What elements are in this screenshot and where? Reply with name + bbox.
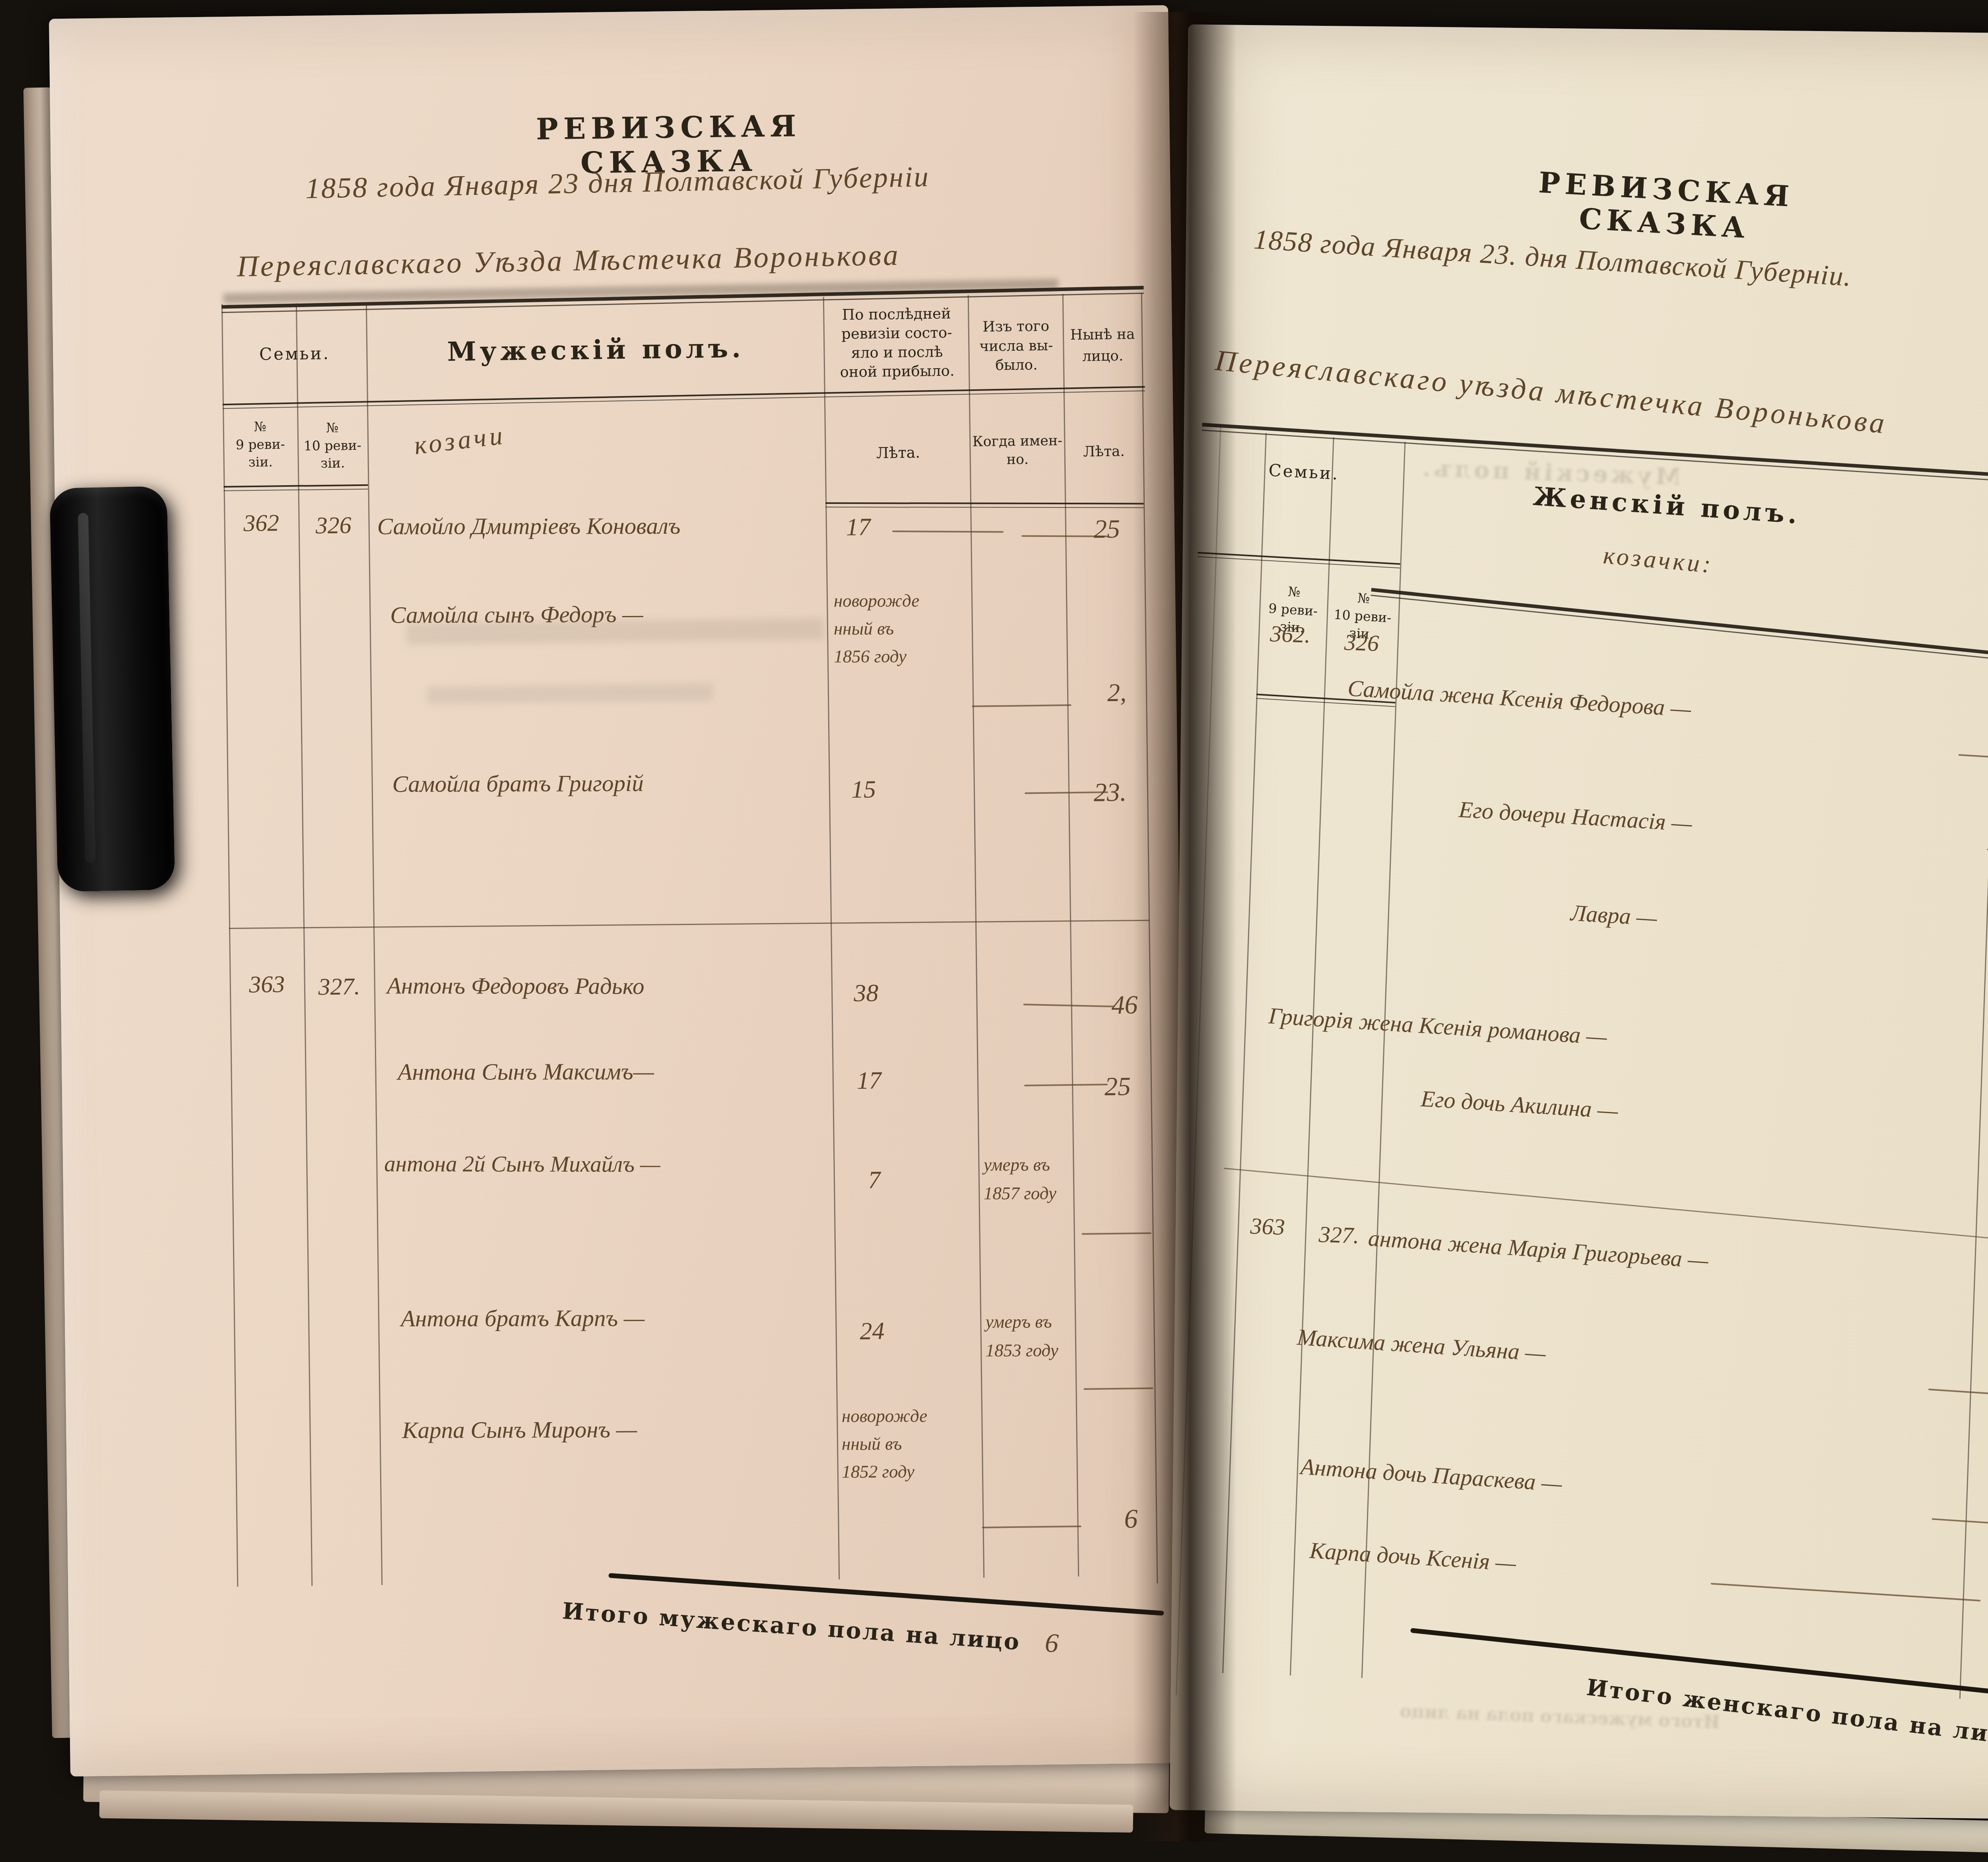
row-age-prev-note: новорожде нный въ 1852 году: [842, 1402, 977, 1486]
left-column-line: [221, 304, 238, 1587]
row-age-prev: 7: [846, 1166, 903, 1195]
row-dash: [972, 704, 1071, 707]
left-total-label: Итого мужескаго пола на лицо: [561, 1598, 1021, 1655]
row-name: Самойла братъ Григорій: [392, 769, 830, 798]
row-n10: 327.: [1303, 1220, 1375, 1249]
left-header-divider: [223, 386, 1145, 409]
row-name: Антона братъ Карпъ —: [401, 1304, 838, 1332]
row-age-prev: 15: [836, 776, 892, 805]
family-separator-line: [229, 920, 1149, 929]
left-column-line: [296, 303, 313, 1586]
row-age-prev: 24: [844, 1317, 900, 1346]
row-dash: [1932, 1518, 1988, 1530]
row-age-prev: 38: [838, 979, 894, 1008]
left-column-line: [968, 295, 984, 1578]
row-name: Его дочери Настасія —: [1458, 796, 1936, 851]
right-page-female-census: 743 730 2 коп. РЕВИЗСКАЯ СКАЗКА 1858 год…: [1170, 24, 1988, 1821]
left-header-family: Семьи.: [222, 343, 367, 364]
row-n9: 362: [224, 509, 299, 537]
row-n9: 362.: [1256, 620, 1324, 649]
left-column-line: [823, 297, 840, 1580]
right-page-content: 743 730 2 коп. РЕВИЗСКАЯ СКАЗКА 1858 год…: [1126, 24, 1988, 1845]
left-subheader-rev10: № 10 реви- зіи.: [297, 419, 368, 473]
left-subheader-when: Когда имен- но.: [971, 432, 1064, 469]
row-dash: [892, 531, 1004, 533]
right-page-title: РЕВИЗСКАЯ СКАЗКА: [1475, 162, 1856, 251]
row-name: Самойла жена Ксенія Федорова —: [1347, 674, 1944, 737]
row-n9: 363: [229, 970, 304, 999]
right-header-family: Семьи.: [1232, 459, 1376, 486]
row-name: антона 2й Сынъ Михайлъ —: [384, 1151, 841, 1178]
book-gutter-shadow: [1133, 12, 1237, 1841]
row-name: Антонъ Федоровъ Радько: [387, 972, 844, 1000]
row-name: Лавра —: [1570, 899, 1889, 945]
row-dash: [1711, 1583, 1981, 1602]
row-dash: [982, 1526, 1081, 1528]
row-n10: 327.: [304, 973, 374, 1001]
row-age-prev-note: новорожде нный въ 1856 году: [834, 587, 969, 671]
left-column-line: [1062, 294, 1079, 1576]
row-n9: 363: [1233, 1212, 1302, 1241]
left-header-departed: Изъ того числа вы- было.: [969, 317, 1063, 376]
bleed-smudge: [427, 683, 713, 704]
row-name: Григорія жена Ксенія романова —: [1268, 1002, 1944, 1071]
book-scan-photo: { "left_page": { "title": "РЕВИЗСКАЯ СКА…: [0, 0, 1988, 1862]
left-page-male-census: РЕВИЗСКАЯ СКАЗКА 1858 года Января 23 дня…: [49, 5, 1190, 1776]
left-header-sex: Мужескій полъ.: [367, 332, 825, 368]
left-place-line: Переяславскаго Уѣзда Мѣстечка Воронькова: [237, 233, 1171, 284]
row-departed-note: умеръ въ 1857 году: [984, 1150, 1079, 1207]
left-total-value: 6: [1044, 1627, 1059, 1659]
left-header-last-revision: По послѣдней ревизіи состо- яло и послѣ …: [826, 304, 968, 382]
right-category-note-handwritten: козачки:: [1602, 542, 1715, 579]
row-name: Самойло Дмитріевъ Коновалъ: [377, 512, 835, 540]
row-dash: [1959, 754, 1988, 763]
row-dash: [1928, 1389, 1988, 1401]
row-name: Карпа дочь Ксенія —: [1309, 1537, 1827, 1596]
right-sex-header-rule: [1371, 588, 1988, 666]
right-place-line: Переяславскаго уѣзда мѣстечка Воронькова: [1214, 344, 1988, 465]
left-subheader-rev9: № 9 реви- зіи.: [223, 418, 298, 472]
left-subheader-years-prev: Лѣта.: [827, 443, 969, 462]
row-n10: 326: [298, 511, 369, 540]
left-subheader-years-now: Лѣта.: [1065, 443, 1143, 460]
row-present: 25: [1073, 514, 1141, 545]
bleed-smudge: [406, 618, 824, 645]
row-name: Карпа Сынъ Миронъ —: [402, 1415, 839, 1444]
row-departed-note: умеръ въ 1853 году: [986, 1307, 1081, 1364]
row-name: Антона Сынъ Максимъ—: [398, 1057, 835, 1086]
row-age-prev: 17: [841, 1067, 897, 1096]
row-name: Максима жена Ульяна —: [1296, 1324, 1893, 1390]
row-name: Его дочь Акилина —: [1420, 1085, 1938, 1144]
row-name: антона жена Марія Григорьева —: [1367, 1224, 1964, 1291]
row-name: Антона дочь Параскева —: [1300, 1453, 1897, 1519]
left-subheader-rule-family: [223, 484, 368, 491]
left-category-note-handwritten: козачи: [412, 420, 507, 461]
left-column-line: [366, 303, 382, 1585]
binder-clip: [49, 486, 175, 892]
row-n10: 326: [1325, 628, 1398, 657]
row-age-prev: 17: [830, 513, 886, 542]
left-subheader-rule-ages: [825, 502, 1143, 508]
left-header-present: Нынѣ на лицо.: [1064, 324, 1142, 367]
